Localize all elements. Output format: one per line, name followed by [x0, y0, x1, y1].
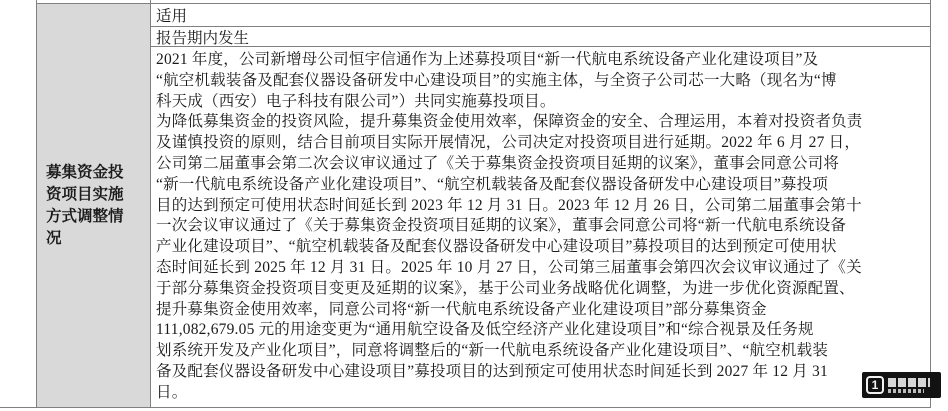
watermark-text: [888, 378, 930, 393]
row-label-line: 况: [46, 228, 150, 250]
watermark-logo: 1: [862, 372, 941, 398]
paragraph-line: 目的达到预定可使用状态时间延长到 2023 年 12 月 31 日。2023 年…: [156, 196, 926, 217]
paragraph-line: 于部分募集资金投资项目变更及延期的议案》，基于公司业务战略优化调整，为进一步优化…: [156, 279, 926, 300]
adjustment-description-cell: 2021 年度，公司新增母公司恒宇信通作为上述募投项目“新一代航电系统设备产业化…: [151, 47, 930, 407]
row-label-line: 方式调整情: [46, 206, 150, 228]
watermark-number-1-icon: 1: [866, 376, 884, 394]
paragraph-line: 提升募集资金使用效率，同意公司将“新一代航电系统设备产业化建设项目”部分募集资金: [156, 300, 926, 321]
paragraph-line: 及谨慎投资的原则，结合目前项目实际开展情况，公司决定对投资项目进行延期。2022…: [156, 133, 926, 154]
watermark-text-line-cn: [888, 378, 930, 387]
paragraph-line: 为降低募集资金的投资风险，提升募集资金使用效率，保障资金的安全、合理运用，本着对…: [156, 112, 926, 133]
paragraph-line: 日。: [156, 383, 926, 404]
occurred-cell: 报告期内发生: [151, 27, 930, 46]
table-border-bottom: [0, 407, 931, 408]
paragraph-line: 态时间延长到 2025 年 12 月 31 日。2025 年 10 月 27 日…: [156, 258, 926, 279]
paragraph-line: 划系统开发及产业化项目”，同意将调整后的“新一代航电系统设备产业化建设项目”、“…: [156, 341, 926, 362]
paragraph-line: 公司第二届董事会第二次会议审议通过了《关于募集资金投资项目延期的议案》，董事会同…: [156, 154, 926, 175]
row-label-line: 募集资金投: [46, 162, 150, 184]
row-label-cell: 募集资金投 资项目实施 方式调整情 况: [37, 4, 150, 407]
watermark-text-line-en: [888, 389, 924, 393]
paragraph-line: 科天成（西安）电子科技有限公司”）共同实施募投项目。: [156, 92, 926, 113]
report-page: 募集资金投 资项目实施 方式调整情 况 适用 报告期内发生 2021 年度，公司…: [0, 0, 948, 411]
paragraph-line: 2021 年度，公司新增母公司恒宇信通作为上述募投项目“新一代航电系统设备产业化…: [156, 50, 926, 71]
paragraph-line: 备及配套仪器设备研发中心建设项目”募投项目的达到预定可使用状态时间延长到 202…: [156, 362, 926, 383]
paragraph-line: 111,082,679.05 元的用途变更为“通用航空设备及低空经济产业化建设项…: [156, 320, 926, 341]
paragraph-line: “新一代航电系统设备产业化建设项目”、“航空机载装备及配套仪器设备研发中心建设项…: [156, 175, 926, 196]
row-label-line: 资项目实施: [46, 184, 150, 206]
paragraph-line: 一次会议审议通过了《关于募集资金投资项目延期的议案》，董事会同意公司将“新一代航…: [156, 216, 926, 237]
applicable-cell: 适用: [151, 4, 930, 26]
paragraph-line: “航空机载装备及配套仪器设备研发中心建设项目”的实施主体，与全资子公司芯一大略（…: [156, 71, 926, 92]
paragraph-line: 产业化建设项目”、“航空机载装备及配套仪器设备研发中心建设项目”募投项目的达到预…: [156, 237, 926, 258]
table-border-right: [930, 0, 931, 407]
